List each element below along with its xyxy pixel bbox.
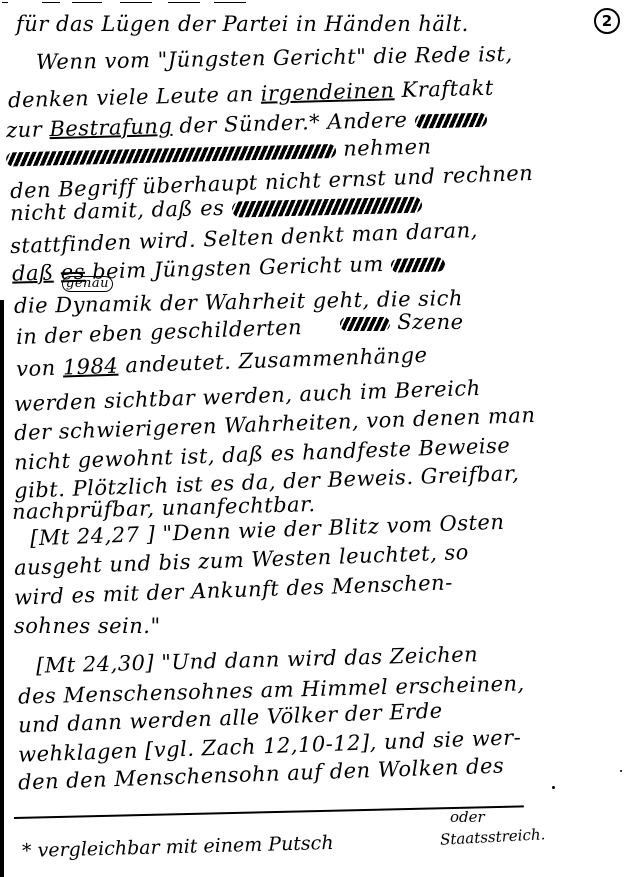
text-line: von 1984 andeutet. Zusammenhänge (16, 343, 428, 381)
text-line: in der eben geschilderten (16, 315, 303, 349)
crossed-out-text (231, 196, 421, 217)
underlined-word: irgendeinen (260, 78, 394, 105)
text-fragment: nicht damit, daß es (10, 196, 225, 226)
text-line: sohnes sein." (14, 614, 161, 638)
footnote-insert-above: oder (450, 808, 485, 826)
crossed-out-text (391, 257, 445, 272)
text-fragment: der Sünder.* Andere (179, 108, 408, 138)
crossed-out-text (340, 317, 390, 331)
text-fragment: nehmen (343, 134, 432, 160)
text-line: des Menschensohnes am Himmel erscheinen, (18, 671, 525, 708)
text-line: [Mt 24,30] "Und dann wird das Zeichen (36, 642, 479, 678)
footnote-marker: * (22, 840, 32, 862)
handwritten-page: 2 für das Lügen der Partei in Händen häl… (0, 0, 638, 877)
text-line: für das Lügen der Partei in Händen hält. (16, 12, 469, 36)
crossed-out-text (414, 112, 486, 128)
text-fragment: Szene (397, 310, 463, 334)
ink-dot (620, 770, 622, 772)
scan-border (0, 300, 4, 877)
text-line: Wenn vom "Jüngsten Gericht" die Rede ist… (36, 42, 513, 74)
text-fragment: zur (6, 117, 43, 142)
inserted-word-genau: genau (62, 276, 113, 292)
footnote: * vergleichbar mit einem Putsch (22, 832, 334, 862)
underlined-word: Bestrafung (49, 114, 172, 141)
text-fragment: andeutet. Zusammenhänge (125, 343, 428, 378)
text-fragment: denken viele Leute an (8, 82, 254, 112)
scan-artifact-top (0, 0, 260, 4)
ink-dot (552, 786, 555, 789)
footnote-text: vergleichbar mit einem Putsch (37, 832, 334, 862)
underlined-year: 1984 (62, 354, 118, 380)
text-fragment: beim Jüngsten Gericht um (92, 252, 384, 284)
crossed-out-text (6, 143, 336, 166)
text-line: Szene (340, 310, 464, 334)
text-fragment: und rechnen (393, 161, 534, 190)
underlined-word: daß (12, 261, 54, 286)
footnote-rule (14, 805, 524, 819)
text-fragment: von (16, 356, 56, 381)
text-fragment: Kraftakt (401, 76, 494, 102)
page-number-badge: 2 (594, 8, 620, 34)
footnote-insert-below: Staatsstreich. (440, 825, 546, 848)
